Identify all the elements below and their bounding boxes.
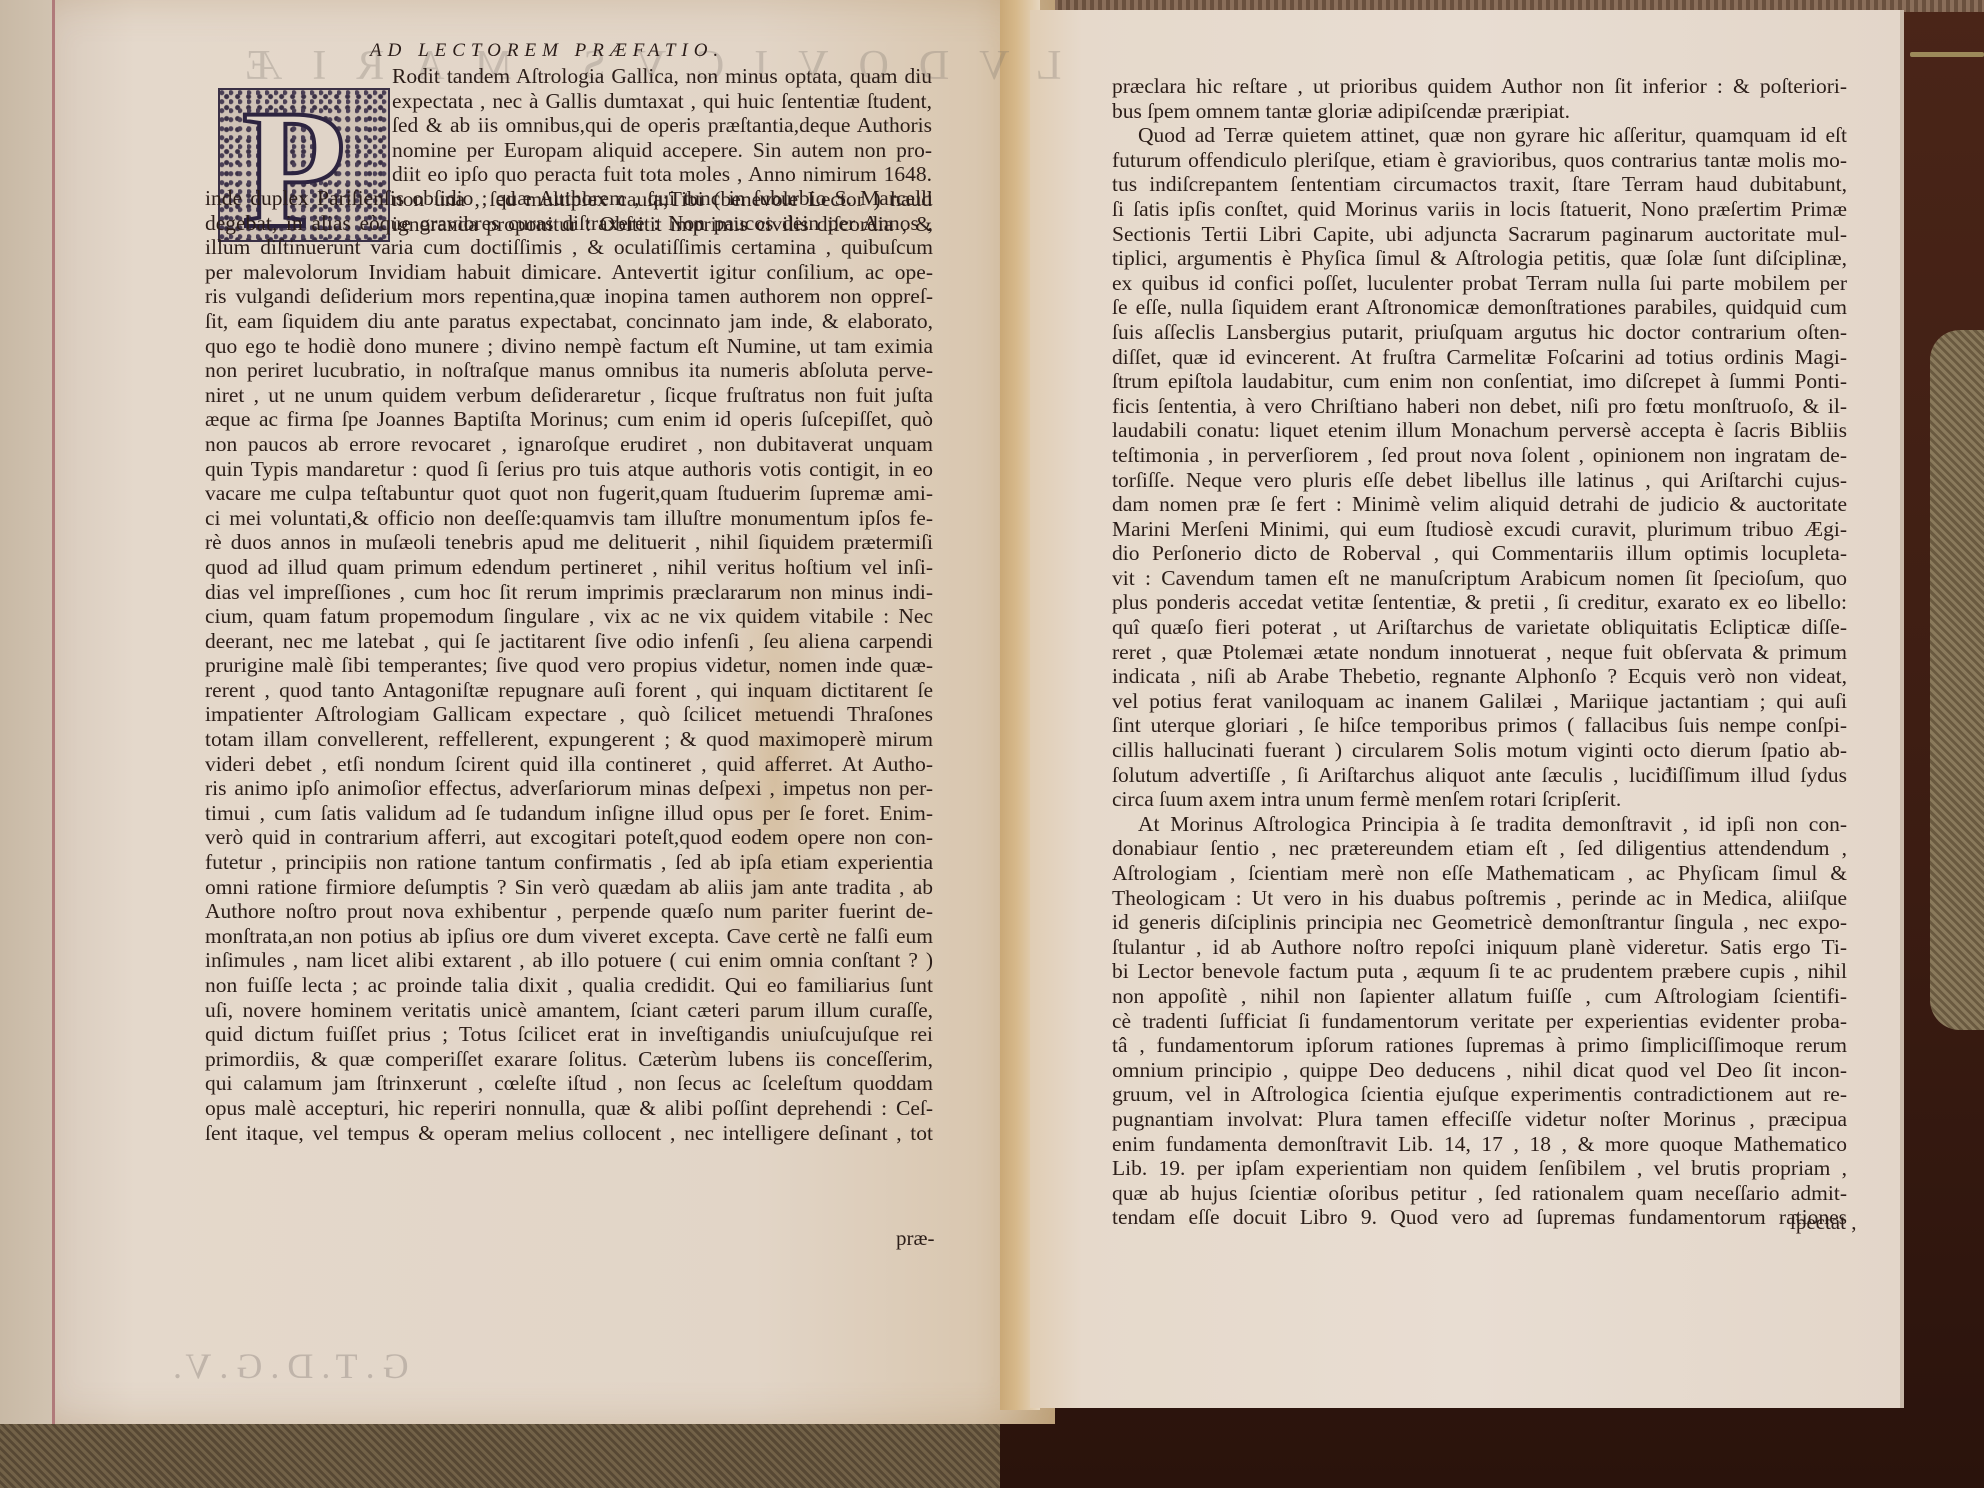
text-line: uſi, novere hominem veritatis unicè aman… (205, 998, 933, 1023)
right-catchword: ſpectat , (1790, 1210, 1856, 1235)
text-line: ſolutum advertiſſe , ſi Ariſtarchus aliq… (1112, 763, 1847, 788)
text-line: Aſtrologiam , ſcientiam merè non eſſe Ma… (1112, 861, 1847, 886)
text-line: indicata , niſi ab Arabe Thebetio, regna… (1112, 664, 1847, 689)
text-line: opus malè accepturi, hic reperiri nonnul… (205, 1096, 933, 1121)
text-line: omni ratione firmiore deſumptis ? Sin ve… (205, 875, 933, 900)
text-line: At Morinus Aſtrologica Principia à ſe tr… (1112, 812, 1847, 837)
text-line: dias vel impreſſiones , cum hoc ſit reru… (205, 580, 933, 605)
text-line: ex quibus id confici poſſet, luculenter … (1112, 271, 1847, 296)
text-line: primordiis, & quæ comperiſſet exarare ſo… (205, 1047, 933, 1072)
text-line: Lib. 19. per ipſam experientiam non quid… (1112, 1156, 1847, 1181)
show-through-signature: G.T.D.G.V. (165, 1345, 409, 1387)
text-line: donabiaur ſentio , nec prætereundem etia… (1112, 836, 1847, 861)
text-line: gruum, vel in Aſtrologica ſcientia ejuſq… (1112, 1082, 1847, 1107)
text-line: pugnantiam involvat: Plura tamen effeciſ… (1112, 1107, 1847, 1132)
text-line: qui calamum jam ſtrinxerunt , cœleſte iſ… (205, 1071, 933, 1096)
text-line: non appoſitè , nihil non ſapienter allat… (1112, 984, 1847, 1009)
text-line: verò quid in contrarium afferri, aut exc… (205, 825, 933, 850)
text-line: cillis hallucinati fuerant ) circularem … (1112, 738, 1847, 763)
text-line: inſimules , nam licet alibi extarent , a… (205, 948, 933, 973)
text-line: tus indiſcrepantem ſententiam circumacto… (1112, 172, 1847, 197)
text-line: ſit, eam ſiquidem diu ante paratus expec… (205, 309, 933, 334)
text-line: bi Lector benevole factum puta , æquum ſ… (1112, 959, 1847, 984)
text-line: inde duplex Pariſienſis obſidio ; quæ Au… (205, 186, 933, 211)
text-line: ſed & ab iis omnibus,qui de operis præſt… (392, 113, 932, 138)
text-line: illum diſtinuerunt varia cum doctiſſimis… (205, 235, 933, 260)
text-line: Marini Merſeni Minimi, qui eum ſtudiosè … (1112, 517, 1847, 542)
right-page-body: præclara hic reſtare , ut prioribus quid… (1112, 74, 1847, 1230)
text-line: cium, quam fatum propemodum ſingulare , … (205, 604, 933, 629)
text-line: quod ad illud quam primum edendum pertin… (205, 555, 933, 580)
text-line: monſtrata,an non potius ab ipſius ore du… (205, 924, 933, 949)
text-line: tâ , fundamentorum ipſorum rationes ſupr… (1112, 1033, 1847, 1058)
text-line: Rodit tandem Aſtrologia Gallica, non min… (392, 64, 932, 89)
cloth-support-right (1930, 330, 1984, 1030)
text-line: timui , cum ſatis validum ad ſe tudandum… (205, 801, 933, 826)
text-line: deerant, nec me latebat , qui ſe jactita… (205, 629, 933, 654)
text-line: degebat, in alias eòque graviores curas … (205, 211, 933, 236)
text-line: Quod ad Terræ quietem attinet, quæ non g… (1112, 123, 1847, 148)
text-line: quo ego te hodiè dono munere ; divino ne… (205, 334, 933, 359)
text-line: bus ſpem omnem tantæ gloriæ adipiſcendæ … (1112, 99, 1847, 124)
text-line: Theologicam : Ut vero in his duabus poſt… (1112, 886, 1847, 911)
brass-rod (1910, 52, 1984, 57)
text-line: æque ac firma ſpe Joannes Baptiſta Morin… (205, 407, 933, 432)
left-catchword: præ- (896, 1226, 935, 1251)
text-line: diit eo ipſo quo peracta fuit tota moles… (392, 162, 932, 187)
left-page-body: inde duplex Pariſienſis obſidio ; quæ Au… (205, 186, 933, 1145)
text-line: plus ponderis accedat vetitæ ſententiæ, … (1112, 590, 1847, 615)
text-line: ſuis aſſeclis Lansbergius putarit, priuſ… (1112, 320, 1847, 345)
text-line: rè duos annos in muſæoli tenebris apud m… (205, 530, 933, 555)
text-line: tiplici, argumentis è Phyſica ſimul & Aſ… (1112, 246, 1847, 271)
text-line: diſſet, quæ id evincerent. At fruſtra Ca… (1112, 345, 1847, 370)
text-line: vit : Cavendum tamen eſt ne manuſcriptum… (1112, 566, 1847, 591)
text-line: prurigine malè ſibi temperantes; ſive qu… (205, 653, 933, 678)
text-line: tendam eſſe docuit Libro 9. Quod vero ad… (1112, 1205, 1847, 1230)
text-line: non fuiſſe lecta ; ac proinde talia dixi… (205, 973, 933, 998)
text-line: futurum offendiculo pleriſque, etiam è g… (1112, 148, 1847, 173)
text-line: circa ſuum axem intra unum fermè menſem … (1112, 787, 1847, 812)
text-line: per malevolorum Invidiam habuit dimicare… (205, 260, 933, 285)
text-line: reret , quæ Ptolemæi ætate nondum innotu… (1112, 640, 1847, 665)
text-line: Sectionis Tertii Libri Capite, ubi adjun… (1112, 222, 1847, 247)
text-line: cè tradenti ſufficiat ſi fundamentorum v… (1112, 1009, 1847, 1034)
text-line: ris animo ipſo animoſior effectus, adver… (205, 776, 933, 801)
text-line: Authore noſtro prout nova exhibentur , p… (205, 899, 933, 924)
text-line: ſi ſatis ipſis conſtet, quid Morinus var… (1112, 197, 1847, 222)
text-line: vacare me culpa teſtabuntur quot quot no… (205, 481, 933, 506)
text-line: laudabili conatu: liquet etenim illum Mo… (1112, 418, 1847, 443)
text-line: quî quæſo fieri poterat , ut Ariſtarchus… (1112, 615, 1847, 640)
text-line: ci mei voluntati,& officio non deeſſe:qu… (205, 506, 933, 531)
text-line: impatienter Aſtrologiam Gallicam expecta… (205, 702, 933, 727)
text-line: omnium principio , quippe Deo deducens ,… (1112, 1058, 1847, 1083)
text-line: ficis ſententia, à vero Chriſtiano haber… (1112, 394, 1847, 419)
text-line: futetur , principiis non ratione tantum … (205, 850, 933, 875)
text-line: totam illam convellerent, reffellerent, … (205, 727, 933, 752)
text-line: dam nomen præ ſe fert : Minimè velim ali… (1112, 492, 1847, 517)
text-line: nomine per Europam aliquid accepere. Sin… (392, 138, 932, 163)
text-line: quæ ab hujus ſcientiæ oſoribus petitur ,… (1112, 1181, 1847, 1206)
text-line: id generis diſciplinis principia nec Geo… (1112, 910, 1847, 935)
text-line: enim fundamenta demonſtravit Lib. 14, 17… (1112, 1132, 1847, 1157)
text-line: niret , ut ne unum quidem verbum deſider… (205, 383, 933, 408)
text-line: ſe eſſe, nulla ſiquidem erant Aſtronomic… (1112, 295, 1847, 320)
text-line: non periret lucubratio, in noſtraſque ma… (205, 358, 933, 383)
text-line: ſent itaque, vel tempus & operam melius … (205, 1121, 933, 1146)
text-line: ris vulgandi deſiderium mors repentina,q… (205, 284, 933, 309)
text-line: non paucos ab errore revocaret , ignaroſ… (205, 432, 933, 457)
text-line: præclara hic reſtare , ut prioribus quid… (1112, 74, 1847, 99)
text-line: ſint uterque gloriari , ſe hiſce tempori… (1112, 713, 1847, 738)
text-line: rerent , quod tanto Antagoniſtæ repugnar… (205, 678, 933, 703)
text-line: vel potius ferat vaniloquam ac inanem Ga… (1112, 689, 1847, 714)
text-line: quin Typis mandaretur : quod ſi ſerius p… (205, 457, 933, 482)
running-head: AD LECTOREM PRÆFATIO. (370, 40, 724, 62)
text-line: quid dictum fuiſſet prius ; Totus ſcilic… (205, 1022, 933, 1047)
text-line: teſtimonia , in perverſiorem , ſed prout… (1112, 443, 1847, 468)
text-line: videri debet , etſi nondum ſcirent quid … (205, 752, 933, 777)
text-line: expectata , nec à Gallis dumtaxat , qui … (392, 89, 932, 114)
text-line: dio Perſonerio dicto de Roberval , qui C… (1112, 541, 1847, 566)
text-line: ſtrum epiſtola laudabitur, cum enim non … (1112, 369, 1847, 394)
text-line: ſtulantur , id ab Authore noſtro repoſci… (1112, 935, 1847, 960)
text-line: torſiſſe. Neque vero pluris eſſe debet l… (1112, 468, 1847, 493)
